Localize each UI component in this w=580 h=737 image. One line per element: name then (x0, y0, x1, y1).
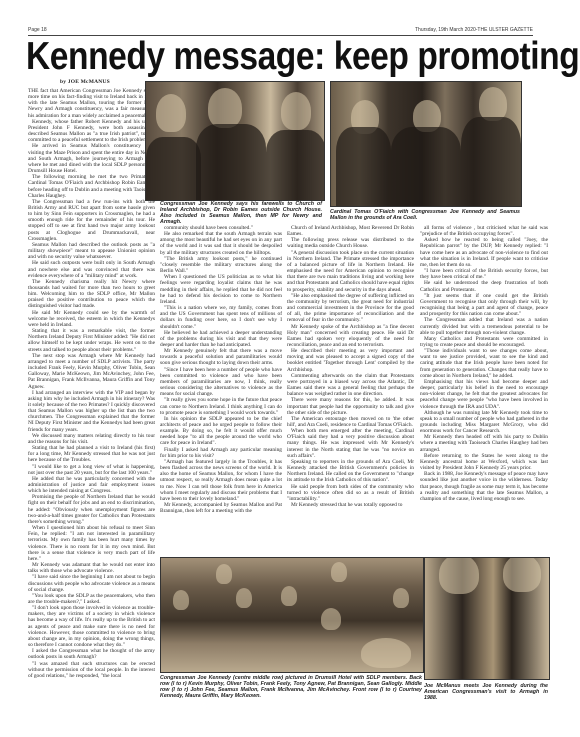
paragraph: Emphasising that his views had become de… (420, 379, 548, 410)
photo-1-caption: Congressman Joe Kennedy says his farewel… (160, 201, 322, 225)
paragraph: He also remarked that the south Armagh t… (160, 231, 282, 256)
paragraph: Back in 1988, Joe Kennedy's message of p… (420, 471, 548, 502)
paragraph: "I don't look upon those involved in vio… (28, 605, 155, 648)
paragraph: "It really gives you some hope in the fu… (160, 397, 282, 415)
paragraph: Seamus Mallon had described the outlook … (28, 242, 155, 260)
paragraph: "He also emphasised the degree of suffer… (287, 293, 414, 324)
paragraph: Although he was running late Mr Kennedy … (420, 410, 548, 435)
photo-sdlp-group (160, 557, 424, 673)
photo-kennedy-eames (145, 81, 325, 201)
paragraph: "I have been critical of the British sec… (420, 268, 548, 280)
paragraph: When both men emerged after the meeting,… (287, 428, 414, 459)
page-number: Page 18 (28, 27, 47, 33)
paragraph: Stating that he had planned a visit to I… (28, 445, 155, 463)
headline: Kennedy message: keep promoting peace (26, 37, 490, 77)
paragraph: Promising the people of Northern Ireland… (28, 494, 155, 525)
paragraph: "I would like to get a long view of what… (28, 464, 155, 476)
photo-mcmanus-kennedy (424, 557, 550, 680)
paragraph: The Congressman had a few run-ins with b… (28, 199, 155, 242)
paragraph: I asked the Congressman what he thought … (28, 648, 155, 660)
article-column-1: THE fact that American Congressman Joe K… (28, 88, 155, 728)
paragraph: all forms of violence , but criticised w… (420, 225, 548, 237)
photo-2-caption: Cardinal Tomas O'Fiaich with Congressman… (330, 209, 520, 221)
paragraph: He described their meeting as very impor… (287, 348, 414, 373)
paragraph: We discussed many matters relating direc… (28, 433, 155, 445)
paragraph: When I questioned the US politician as t… (160, 274, 282, 305)
paragraph: He said Mr Kennedy could see by the warm… (28, 310, 155, 328)
paragraph: I had arranged an interview with the VIP… (28, 390, 155, 433)
paragraph: The next stop was Armagh where Mr Kenned… (28, 353, 155, 390)
paragraph: Asked how he reacted to being called "Jo… (420, 237, 548, 268)
paragraph: "A general discussion took place on the … (287, 250, 414, 293)
paragraph: He believed he had achieved a deeper und… (160, 330, 282, 348)
paragraph: The following press release was distribu… (287, 237, 414, 249)
article-column-4: all forms of violence , but criticised w… (420, 225, 548, 553)
paragraph: Mr Kennedy stressed that he was totally … (287, 502, 414, 508)
paragraph: The American entourage then moved on to … (287, 416, 414, 428)
article-column-2: community should have been consulted."He… (160, 225, 282, 553)
paragraph: He said people from both sides of the co… (287, 484, 414, 502)
paragraph: "I have said since the beginning I am no… (28, 574, 155, 592)
photo-3-caption: Congressman Joe Kennedy (centre middle r… (160, 675, 422, 699)
paragraph: He arrived in Seamus Mallon's constituen… (28, 143, 155, 174)
paragraph: Mr Kennedy spoke of the Archbishop as "a… (287, 324, 414, 349)
paragraph: Finally I asked had Armagh any particula… (160, 447, 282, 459)
dateline: Thursday, 19th March 2020-THE ULSTER GAZ… (415, 27, 533, 33)
paragraph: When I questioned him about his refusal … (28, 525, 155, 562)
paragraph: "Those individuals want to see changes c… (420, 348, 548, 379)
paragraph: THE fact that American Congressman Joe K… (28, 88, 155, 119)
paragraph: "Armagh has featured largely in the Trou… (160, 459, 282, 502)
paragraph: He added that he was particularly concer… (28, 476, 155, 494)
paragraph: The Congressman added that Ireland was a… (420, 317, 548, 335)
paragraph: "The British army lookout posts," he con… (160, 256, 282, 274)
byline: by JOE McMANUS (60, 79, 110, 85)
paragraph: Stating that it was a remarkable visit, … (28, 328, 155, 353)
paragraph: Mr Kennedy was adamant that he would not… (28, 562, 155, 574)
paragraph: There were many reasons for this, he add… (287, 397, 414, 415)
paragraph: Mr Kennedy then headed off with his part… (420, 434, 548, 452)
paragraph: Speaking to reporters in the grounds of … (287, 459, 414, 484)
paragraph: "It just seems that if one could get the… (420, 293, 548, 318)
paragraph: The Kennedy charisma really hit Newry wh… (28, 279, 155, 310)
paragraph: He said he understood the deep frustrati… (420, 280, 548, 292)
photo-kennedy-ofiaich (330, 81, 522, 207)
paragraph: Many Catholics and Protestants were comm… (420, 336, 548, 348)
photo-4-caption: Joe McManus meets Joe Kennedy during the… (424, 683, 548, 701)
paragraph: Mr Kennedy, accompanied by Seamus Mallon… (160, 502, 282, 514)
paragraph: "I was amazed that such structures can b… (28, 661, 155, 679)
paragraph: Before returning to the States he went a… (420, 453, 548, 471)
article-column-3: Church of Ireland Archbishop, Most Rever… (287, 225, 414, 553)
paragraph: Church of Ireland Archbishop, Most Rever… (287, 225, 414, 237)
paragraph: Kennedy, whose father Robert Kennedy and… (28, 119, 155, 144)
paragraph: "You look upon the SDLP as the peacemake… (28, 593, 155, 605)
paragraph: "This is a nation where we, my family, c… (160, 305, 282, 330)
paragraph: The following morning he met the two Pri… (28, 174, 155, 199)
paragraph: He said such outposts were built only in… (28, 260, 155, 278)
paragraph: "Since I have been here a number of peop… (160, 367, 282, 398)
paragraph: In his opinion the SDLP appeared to be t… (160, 416, 282, 447)
paragraph: Commenting afterwards on the claim that … (287, 373, 414, 398)
paragraph: Mr Kennedy genuinely felt that there was… (160, 348, 282, 366)
